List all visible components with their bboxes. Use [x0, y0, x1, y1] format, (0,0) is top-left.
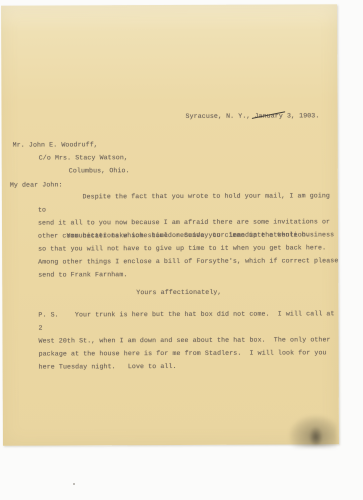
- dateline: Syracuse, N. Y., January 3, 1903.: [185, 109, 319, 123]
- letter-paper: Syracuse, N. Y., January 3, 1903. Mr. Jo…: [1, 4, 339, 445]
- dateline-day-year: 3, 1903.: [283, 112, 320, 119]
- dateline-month: January: [254, 110, 282, 123]
- recipient-name-line: Mr. John E. Woodruff,: [13, 138, 98, 151]
- closing-line: Yours affectionately,: [136, 286, 221, 299]
- ink-stain-small: [309, 426, 323, 444]
- recipient-city-line: Columbus, Ohio.: [69, 164, 130, 177]
- body-paragraph-2: You better take some time on Sunday to c…: [38, 228, 340, 281]
- recipient-care-of-line: C/o Mrs. Stacy Watson,: [39, 151, 128, 164]
- scanned-letter-page: Syracuse, N. Y., January 3, 1903. Mr. Jo…: [0, 0, 363, 500]
- scan-speck: [73, 483, 75, 485]
- postscript-paragraph: P. S. Your trunk is here but the hat box…: [38, 307, 340, 373]
- dateline-place: Syracuse, N. Y.,: [186, 113, 255, 120]
